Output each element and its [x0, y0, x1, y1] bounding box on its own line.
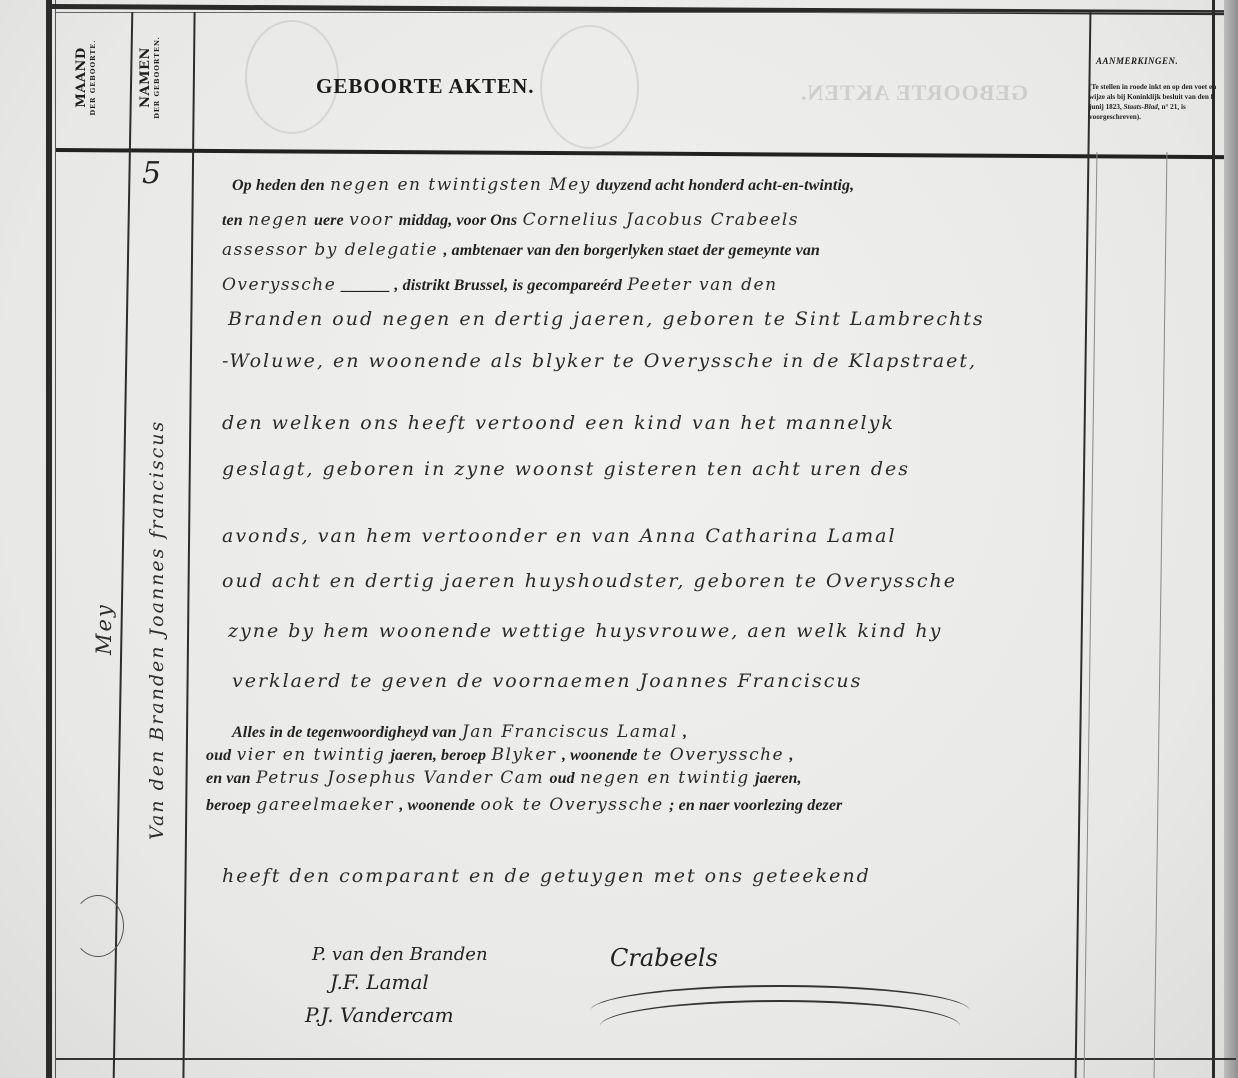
printed-text: ,: [683, 724, 687, 741]
page-title: GEBOORTE AKTEN.: [316, 74, 534, 99]
handwritten-text: den welken ons heeft vertoond een kind v…: [222, 412, 895, 434]
column-header-names: NAMEN DER GEBOORTEN.: [138, 15, 161, 140]
handwritten-text: ook te Overyssche: [480, 795, 663, 815]
handwritten-text: te Overyssche: [643, 745, 784, 765]
handwritten-text: Cornelius Jacobus Crabeels: [523, 210, 799, 230]
printed-text: oud: [206, 747, 231, 764]
record-number: 5: [142, 156, 161, 191]
printed-text: uere: [314, 212, 344, 229]
record-bottom-rule: [56, 1058, 1236, 1060]
record-line: oud vier en twintig jaeren, beroep Blyke…: [206, 745, 794, 765]
handwritten-text: Jan Franciscus Lamal: [462, 722, 678, 742]
record-line: ten negen uere voor middag, voor Ons Cor…: [222, 210, 799, 230]
printed-text: ; en naer voorlezing dezer: [669, 797, 842, 814]
printed-text: ,: [790, 747, 794, 764]
handwritten-text: oud acht en dertig jaeren huyshoudster, …: [222, 570, 957, 592]
printed-text: jaeren,: [755, 770, 801, 787]
register-page: GEBOORTE AKTEN. MAAND DER GEBOORTE. NAME…: [0, 0, 1238, 1078]
printed-text: , woonende: [562, 747, 638, 764]
column-header-month-subtitle: DER GEBOORTE.: [89, 15, 97, 140]
handwritten-text: zyne by hem woonende wettige huysvrouwe,…: [228, 620, 942, 642]
handwritten-text: geslagt, geboren in zyne woonst gisteren…: [222, 458, 910, 480]
record-line: verklaerd te geven de voornaemen Joannes…: [232, 670, 862, 692]
record-line: oud acht en dertig jaeren huyshoudster, …: [222, 570, 957, 592]
handwritten-text: -Woluwe, en woonende als blyker te Overy…: [222, 350, 977, 372]
record-line: avonds, van hem vertoonder en van Anna C…: [222, 525, 897, 547]
remarks-note-staatsblad: Staats-Blad: [1124, 103, 1158, 111]
printed-text: jaeren, beroep: [390, 747, 486, 764]
handwritten-text: assessor by delegatie: [222, 240, 438, 260]
record-line: heeft den comparant en de getuygen met o…: [222, 865, 871, 887]
column-header-month: MAAND DER GEBOORTE.: [74, 15, 97, 140]
handwritten-text: Peeter van den: [627, 275, 777, 295]
record-line: Op heden den negen en twintigsten Mey du…: [232, 175, 854, 195]
signature-father: P. van den Branden: [312, 944, 488, 965]
handwritten-text: Branden oud negen en dertig jaeren, gebo…: [228, 308, 985, 330]
frame-right-border: [1212, 0, 1215, 1078]
handwritten-text: heeft den comparant en de getuygen met o…: [222, 865, 871, 887]
printed-text: Op heden den: [232, 177, 325, 194]
header-divider: [56, 148, 1236, 159]
handwritten-text: Overyssche: [222, 275, 336, 295]
handwritten-text: verklaerd te geven de voornaemen Joannes…: [232, 670, 862, 692]
printed-text: middag, voor Ons: [399, 212, 518, 229]
handwritten-text: negen en twintig: [580, 768, 750, 788]
signature-official: Crabeels: [610, 944, 718, 972]
record-line: beroep gareelmaeker , woonende ook te Ov…: [206, 795, 842, 815]
printed-text: oud: [549, 770, 574, 787]
record-line: Branden oud negen en dertig jaeren, gebo…: [228, 308, 985, 330]
record-line: den welken ons heeft vertoond een kind v…: [222, 412, 895, 434]
page-edge-shadow: [1224, 0, 1238, 1078]
signature-witness-1: J.F. Lamal: [330, 970, 429, 994]
frame-top-border: [52, 4, 1238, 15]
faded-stamp-center: [540, 25, 639, 149]
column-divider-names: [182, 12, 195, 1078]
printed-text: , ambtenaer van den borgerlyken staet de…: [443, 242, 819, 259]
handwritten-text: gareelmaeker: [256, 795, 394, 815]
signature-witness-2: P.J. Vandercam: [305, 1003, 454, 1027]
handwritten-text: Blyker: [492, 745, 557, 765]
record-line: Overyssche ______ , distrikt Brussel, is…: [222, 275, 778, 295]
margin-child-name: Van den Branden Joannes franciscus: [146, 420, 168, 840]
record-line: zyne by hem woonende wettige huysvrouwe,…: [228, 620, 942, 642]
printed-text: en van: [206, 770, 251, 787]
remarks-column-title: AANMERKINGEN.: [1096, 56, 1220, 66]
printed-text: , woonende: [399, 797, 475, 814]
record-line: Alles in de tegenwoordigheyd van Jan Fra…: [232, 722, 687, 742]
margin-month: Mey: [92, 603, 116, 655]
bleed-through-title: GEBOORTE AKTEN.: [800, 80, 1028, 106]
column-header-month-title: MAAND: [74, 15, 89, 140]
handwritten-text: negen en twintigsten Mey: [330, 175, 591, 195]
remarks-column-note: (Te stellen in roode inkt en op den voet…: [1089, 82, 1217, 122]
printed-text: ______ , distrikt Brussel, is gecompareé…: [342, 277, 622, 294]
printed-text: beroep: [206, 797, 251, 814]
frame-top-inner-line: [56, 12, 1236, 13]
record-line: en van Petrus Josephus Vander Cam oud ne…: [206, 768, 802, 788]
printed-text: ten: [222, 212, 243, 229]
frame-left-border: [46, 0, 52, 1078]
column-header-names-subtitle: DER GEBOORTEN.: [153, 15, 161, 140]
handwritten-text: Petrus Josephus Vander Cam: [256, 768, 544, 788]
printed-text: duyzend acht honderd acht-en-twintig,: [596, 177, 854, 194]
column-divider-remarks: [1075, 12, 1091, 1078]
handwritten-text: voor: [349, 210, 393, 230]
record-line: assessor by delegatie , ambtenaer van de…: [222, 240, 820, 260]
remarks-guide-line-2: [1154, 152, 1168, 1078]
column-header-names-title: NAMEN: [138, 15, 153, 140]
printed-text: Alles in de tegenwoordigheyd van: [232, 724, 457, 741]
record-line: -Woluwe, en woonende als blyker te Overy…: [222, 350, 977, 372]
handwritten-text: vier en twintig: [237, 745, 385, 765]
handwritten-text: negen: [248, 210, 308, 230]
official-signature-flourish-2: [600, 1000, 960, 1052]
record-line: geslagt, geboren in zyne woonst gisteren…: [222, 458, 910, 480]
frame-left-inner-line: [55, 0, 56, 1078]
margin-flourish: [72, 895, 124, 957]
handwritten-text: avonds, van hem vertoonder en van Anna C…: [222, 525, 897, 547]
